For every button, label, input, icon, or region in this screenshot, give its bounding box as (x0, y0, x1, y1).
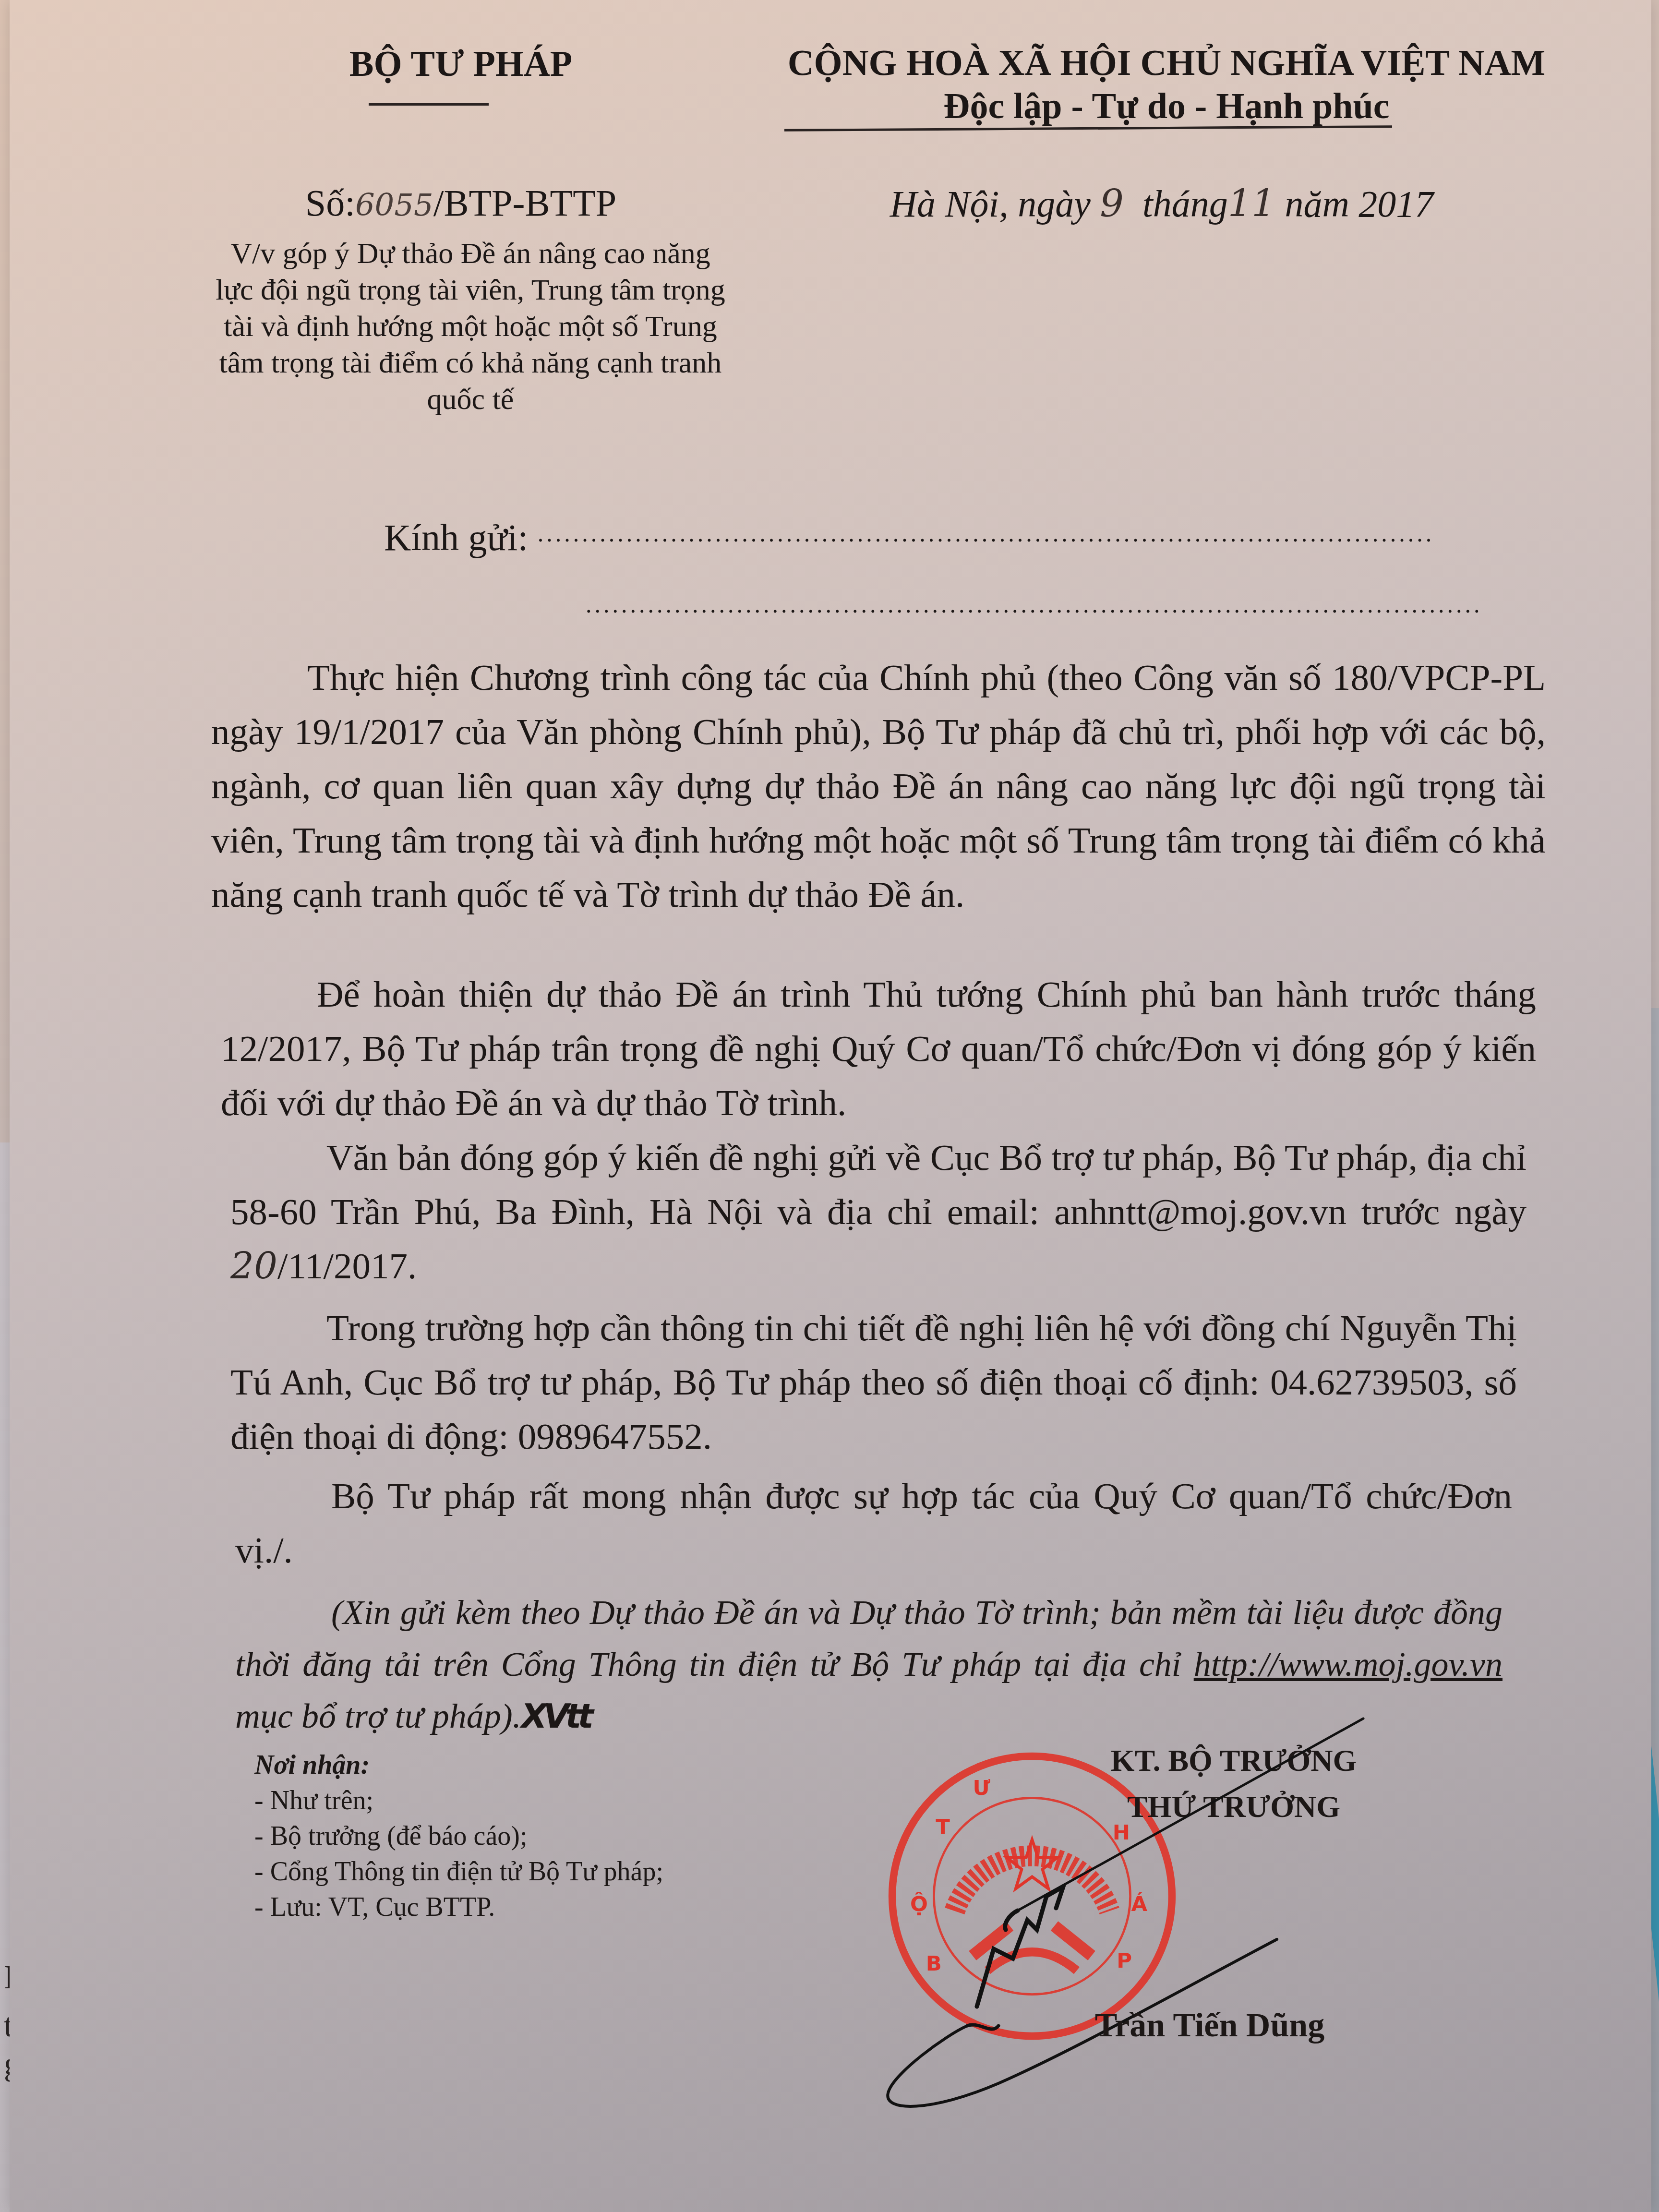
dateline-day: 9 (1100, 182, 1124, 226)
moj-website-link[interactable]: http://www.moj.gov.vn (1194, 1645, 1503, 1683)
paragraph-2: Để hoàn thiện dự thảo Đề án trình Thủ tư… (221, 967, 1536, 1130)
agency-underline (369, 103, 489, 106)
addressee-line: Kính gửi: ..............................… (384, 516, 1488, 559)
addressee-dots-2: ........................................… (586, 590, 1479, 618)
national-title: CỘNG HOÀ XÃ HỘI CHỦ NGHĨA VIỆT NAM (706, 42, 1627, 84)
addressee-label: Kính gửi: (384, 517, 528, 558)
svg-text:Á: Á (1131, 1892, 1147, 1916)
document-subject: V/v góp ý Dự thảo Đề án nâng cao năng lự… (211, 235, 730, 418)
paragraph-6-attachment-note: (Xin gửi kèm theo Dự thảo Đề án và Dự th… (235, 1587, 1503, 1742)
dateline-month: 11 (1228, 182, 1275, 226)
paragraph-6-tail: mục bổ trợ tư pháp). (235, 1697, 521, 1735)
national-motto: Độc lập - Tự do - Hạnh phúc (758, 85, 1575, 127)
svg-text:Ộ: Ộ (910, 1892, 928, 1916)
svg-text:P: P (1117, 1949, 1132, 1973)
paragraph-4: Trong trường hợp cần thông tin chi tiết … (230, 1301, 1517, 1464)
signer-line-2: THỨ TRƯỞNG (1018, 1784, 1450, 1830)
document-page: BỘ TƯ PHÁP CỘNG HOÀ XÃ HỘI CHỦ NGHĨA VIỆ… (10, 0, 1651, 2212)
paragraph-1: Thực hiện Chương trình công tác của Chín… (211, 650, 1546, 922)
recipient-item: - Như trên; (254, 1783, 830, 1818)
recipients-title: Nơi nhận: (254, 1747, 830, 1783)
paragraph-1-text: Thực hiện Chương trình công tác của Chín… (211, 657, 1546, 915)
issuing-agency: BỘ TƯ PHÁP (278, 43, 643, 85)
signer-name: Trần Tiến Dũng (1042, 2007, 1378, 2045)
signer-line-1: KT. BỘ TRƯỞNG (1018, 1738, 1450, 1784)
recipients-block: Nơi nhận: - Như trên; - Bộ trưởng (để bá… (254, 1747, 830, 1925)
paragraph-3-text: Văn bản đóng góp ý kiến đề nghị gửi về C… (230, 1137, 1527, 1232)
dateline-month-label: tháng (1142, 183, 1228, 225)
recipient-item: - Lưu: VT, Cục BTTP. (254, 1889, 830, 1925)
paragraph-5: Bộ Tư pháp rất mong nhận được sự hợp tác… (235, 1469, 1512, 1577)
recipient-item: - Bộ trưởng (để báo cáo); (254, 1818, 830, 1854)
svg-text:Ư: Ư (973, 1776, 990, 1800)
dateline-year: năm 2017 (1285, 183, 1433, 225)
doc-number-prefix: Số: (305, 182, 355, 224)
paragraph-4-text: Trong trường hợp cần thông tin chi tiết … (230, 1307, 1517, 1457)
svg-text:T: T (936, 1815, 950, 1839)
svg-text:B: B (926, 1952, 942, 1976)
deadline-day-handwritten: 20 (230, 1245, 277, 1287)
paragraph-3-tail: /11/2017. (277, 1245, 417, 1286)
initials-mark: XVtt (521, 1696, 590, 1736)
paragraph-5-text: Bộ Tư pháp rất mong nhận được sự hợp tác… (235, 1475, 1512, 1571)
recipient-item: - Cổng Thông tin điện tử Bộ Tư pháp; (254, 1854, 830, 1889)
doc-number-suffix: /BTP-BTTP (433, 182, 616, 224)
dateline: Hà Nội, ngày 9 tháng11 năm 2017 (826, 182, 1498, 226)
signer-title: KT. BỘ TRƯỞNG THỨ TRƯỞNG (1018, 1738, 1450, 1830)
paragraph-2-text: Để hoàn thiện dự thảo Đề án trình Thủ tư… (221, 974, 1536, 1123)
document-number: Số:6055/BTP-BTTP (278, 181, 643, 225)
doc-number-handwritten: 6055 (355, 188, 433, 223)
addressee-dots: ........................................… (538, 519, 1431, 547)
dateline-place: Hà Nội, ngày (890, 183, 1091, 225)
paragraph-3: Văn bản đóng góp ý kiến đề nghị gửi về C… (230, 1130, 1527, 1293)
